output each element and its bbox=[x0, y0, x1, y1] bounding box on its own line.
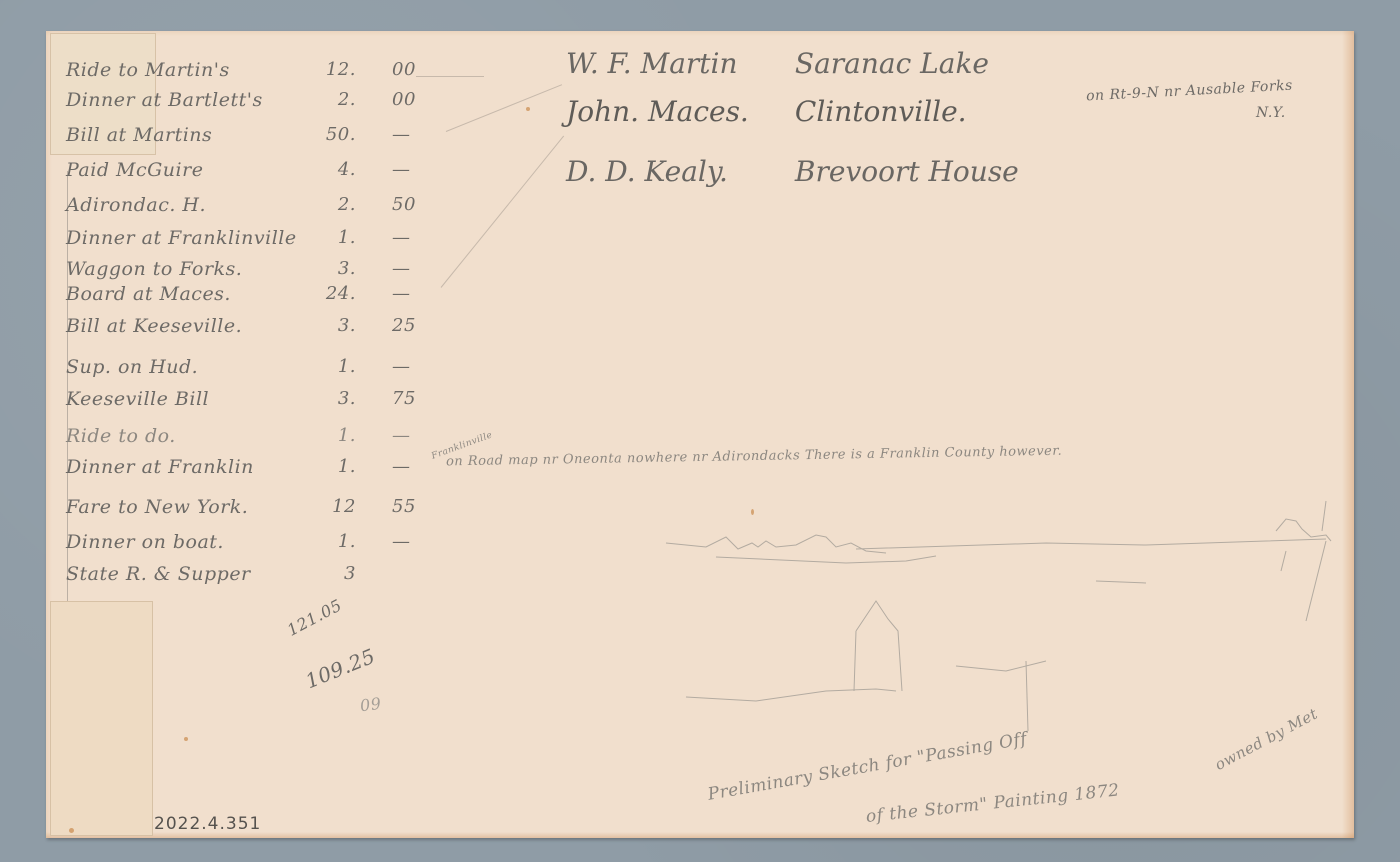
ledger-dollars: 1. bbox=[338, 531, 356, 552]
ledger-dollars: 3. bbox=[338, 388, 356, 409]
ledger-item: Keeseville Bill bbox=[66, 388, 209, 410]
document-paper: Ride to Martin's 12. 00 Dinner at Bartle… bbox=[46, 31, 1354, 838]
total-second: 109.25 bbox=[302, 644, 379, 694]
ledger-dollars: 1. bbox=[338, 425, 356, 446]
ledger-row: Paid McGuire 4. — bbox=[66, 159, 436, 189]
connector-line bbox=[441, 136, 564, 288]
ledger-cents: — bbox=[392, 283, 432, 304]
ledger-item: Dinner at Bartlett's bbox=[66, 89, 263, 111]
total-first: 121.05 bbox=[284, 595, 345, 639]
ledger-item: Paid McGuire bbox=[66, 159, 203, 181]
ledger-item: State R. & Supper bbox=[66, 563, 251, 585]
contact-name: W. F. Martin bbox=[566, 47, 786, 80]
ledger-item: Fare to New York. bbox=[66, 496, 248, 518]
contact-place: Saranac Lake bbox=[795, 47, 989, 80]
landscape-sketch bbox=[626, 491, 1346, 741]
ledger-cents: — bbox=[392, 356, 432, 377]
foxing-spot bbox=[184, 737, 188, 741]
ledger-item: Sup. on Hud. bbox=[66, 356, 198, 378]
contact-place: Clintonville. bbox=[795, 95, 967, 128]
ledger-row: Adirondac. H. 2. 50 bbox=[66, 194, 436, 224]
ledger-row: Sup. on Hud. 1. — bbox=[66, 356, 436, 386]
contact-row: John. Maces. Clintonville. bbox=[566, 95, 967, 128]
ledger-cents: — bbox=[392, 425, 432, 446]
ledger-cents: 75 bbox=[392, 388, 432, 409]
ledger-row: State R. & Supper 3 bbox=[66, 563, 436, 593]
ledger-row: Fare to New York. 12 55 bbox=[66, 496, 436, 526]
ledger-dollars: 50. bbox=[326, 124, 356, 145]
connector-line bbox=[446, 84, 562, 132]
ledger-item: Dinner at Franklinville bbox=[66, 227, 297, 249]
total-third: 09 bbox=[359, 694, 383, 716]
route-note-line1: on Rt-9-N nr Ausable Forks bbox=[1086, 78, 1293, 105]
tape-bottom-left bbox=[50, 601, 153, 836]
ledger-cents: — bbox=[392, 124, 432, 145]
road-map-note: on Road map nr Oneonta nowhere nr Adiron… bbox=[446, 444, 1062, 470]
ledger-row: Keeseville Bill 3. 75 bbox=[66, 388, 436, 418]
ledger-cents: — bbox=[392, 258, 432, 279]
ledger-dollars: 24. bbox=[326, 283, 356, 304]
ledger-cents: — bbox=[392, 456, 432, 477]
ledger-row: Dinner at Franklinville 1. — bbox=[66, 227, 436, 257]
ledger-cents: — bbox=[392, 531, 432, 552]
accession-number: 2022.4.351 bbox=[154, 814, 261, 834]
ledger-dollars: 3. bbox=[338, 315, 356, 336]
ledger-dollars: 3 bbox=[344, 563, 356, 584]
ledger-row: Ride to Martin's 12. 00 bbox=[66, 59, 436, 89]
foxing-spot bbox=[526, 107, 530, 111]
ledger-row: Bill at Keeseville. 3. 25 bbox=[66, 315, 436, 345]
ledger-cents: — bbox=[392, 227, 432, 248]
foxing-spot bbox=[69, 828, 74, 833]
ledger-dollars: 3. bbox=[338, 258, 356, 279]
ledger-item: Board at Maces. bbox=[66, 283, 231, 305]
ledger-cents: 00 bbox=[392, 89, 432, 110]
contact-row: W. F. Martin Saranac Lake bbox=[566, 47, 989, 80]
ledger-row: Dinner at Bartlett's 2. 00 bbox=[66, 89, 436, 119]
ledger-cents: 50 bbox=[392, 194, 432, 215]
ledger-dollars: 1. bbox=[338, 227, 356, 248]
ledger-dollars: 1. bbox=[338, 356, 356, 377]
ledger-item: Waggon to Forks. bbox=[66, 258, 242, 280]
ledger-row: Ride to do. 1. — bbox=[66, 425, 436, 455]
ledger-row: Dinner on boat. 1. — bbox=[66, 531, 436, 561]
ledger-dollars: 1. bbox=[338, 456, 356, 477]
ledger-item: Dinner on boat. bbox=[66, 531, 224, 553]
ledger-item: Bill at Keeseville. bbox=[66, 315, 242, 337]
ledger-row: Dinner at Franklin 1. — bbox=[66, 456, 436, 486]
ledger-item: Ride to do. bbox=[66, 425, 176, 447]
ledger-dollars: 2. bbox=[338, 194, 356, 215]
ledger-item: Ride to Martin's bbox=[66, 59, 230, 81]
ledger-item: Dinner at Franklin bbox=[66, 456, 254, 478]
ledger-row: Bill at Martins 50. — bbox=[66, 124, 436, 154]
ledger-dollars: 12. bbox=[326, 59, 356, 80]
connector-line bbox=[416, 76, 484, 77]
ledger-cents: 25 bbox=[392, 315, 432, 336]
ledger-cents: 55 bbox=[392, 496, 432, 517]
ledger-item: Adirondac. H. bbox=[66, 194, 206, 216]
foxing-spot bbox=[751, 509, 754, 515]
contact-place: Brevoort House bbox=[795, 155, 1019, 188]
contact-name: D. D. Kealy. bbox=[566, 155, 786, 188]
ledger-dollars: 12 bbox=[332, 496, 356, 517]
route-note-line2: N.Y. bbox=[1256, 105, 1286, 121]
ledger-cents: — bbox=[392, 159, 432, 180]
contact-name: John. Maces. bbox=[566, 95, 786, 128]
ledger-dollars: 4. bbox=[338, 159, 356, 180]
contact-row: D. D. Kealy. Brevoort House bbox=[566, 155, 1019, 188]
ledger-row: Board at Maces. 24. — bbox=[66, 283, 436, 313]
caption-line2: of the Storm" Painting 1872 bbox=[865, 780, 1121, 827]
ledger-dollars: 2. bbox=[338, 89, 356, 110]
ledger-item: Bill at Martins bbox=[66, 124, 212, 146]
